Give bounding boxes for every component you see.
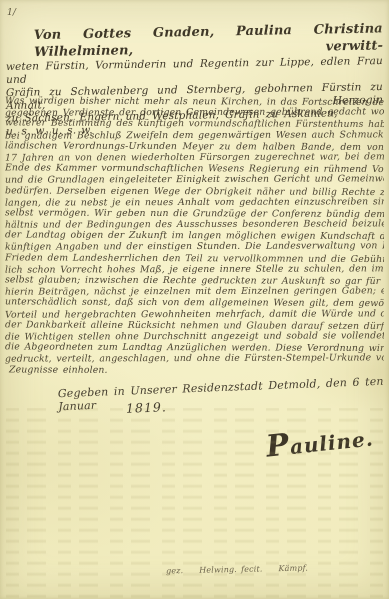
manuscript-line: bei gnädigem Beschluß Zweifeln dem gegen… — [5, 129, 384, 142]
year: 1819. — [126, 399, 167, 415]
countersig-name: Helwing. fecit. — [199, 564, 262, 574]
countersignature-line: gez. Helwing. fecit. Kämpf. — [166, 564, 308, 576]
manuscript-line: Zeugnisse einholen. — [5, 364, 384, 377]
countersig-initials: gez. — [166, 566, 183, 575]
signature-pauline: Pauline. — [264, 418, 375, 464]
dateline: Gegeben in Unserer Residenzstadt Detmold… — [58, 375, 385, 413]
manuscript-line: künftigen Angaben und der einstigen Stun… — [5, 241, 384, 254]
manuscript-line: gedruckt, verteilt, angeschlagen, und oh… — [5, 353, 384, 366]
document-body: Was würdigen bisher nicht mehr als neun … — [5, 96, 384, 376]
manuscript-page: 1/ Von Gottes Gnaden, Paulina Christina … — [0, 0, 389, 599]
countersig-name-2: Kämpf. — [278, 564, 308, 574]
page-number-mark: 1/ — [7, 8, 16, 18]
manuscript-line: Vorteil und hergebrachten Gewohnheiten m… — [5, 308, 384, 321]
manuscript-line: und die Grundlagen eingeleiteter Einigke… — [5, 174, 384, 187]
